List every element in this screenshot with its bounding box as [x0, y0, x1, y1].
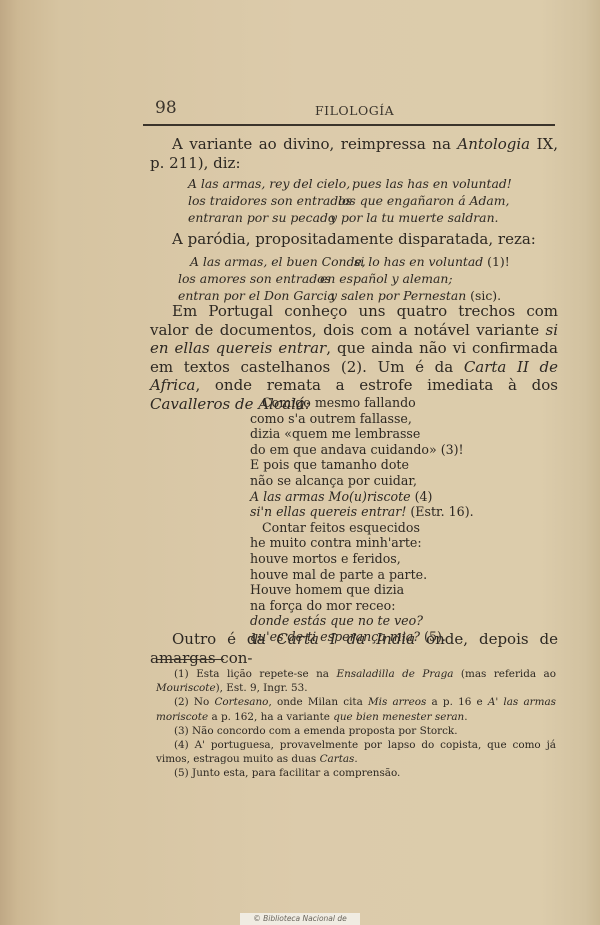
text: A las armas, el buen Conde, — [190, 254, 366, 269]
footnote-ref: (1)! — [483, 254, 509, 269]
text: Outro é da — [172, 630, 276, 648]
verse-line: A las armas, el buen Conde, — [190, 254, 366, 270]
verse-line: los que engañaron á Adam, — [338, 193, 510, 209]
text: ), Est. 9, Ingr. 53. — [216, 682, 308, 694]
text: . — [464, 711, 467, 723]
text: Mouriscote — [156, 682, 216, 694]
footnote-number: (1) — [174, 668, 196, 680]
reference: (4) — [411, 489, 433, 504]
verse-line: en español y aleman; — [320, 271, 453, 287]
poem-line: dizia «quem me lembrasse — [250, 426, 474, 442]
text: , onde remata a estrofe imediata à dos — [195, 376, 558, 394]
poem-line: A las armas Mo(u)riscote (4) — [250, 489, 474, 505]
footnote-rule — [156, 659, 224, 660]
text: Comigo mesmo fallando — [250, 395, 416, 410]
poem-line: como s'a outrem fallasse, — [250, 411, 474, 427]
text: como s'a outrem fallasse, — [250, 411, 412, 426]
text: que bien menester seran — [333, 711, 464, 723]
text: Esta lição repete-se na — [196, 668, 336, 680]
text: não se alcança por cuidar, — [250, 473, 417, 488]
text: E pois que tamanho dote — [250, 457, 409, 472]
text: entran por el Don Garcia — [178, 288, 335, 303]
paragraph-variante: A variante ao divino, reimpressa na Anto… — [150, 135, 558, 172]
text: No — [194, 696, 215, 708]
sic-note: (sic). — [466, 288, 501, 303]
text: Contar feitos esquecidos — [250, 520, 420, 535]
text: a p. 16 e — [426, 696, 488, 708]
paragraph-parodia: A paródia, propositadamente disparatada,… — [150, 230, 558, 249]
text: houve mal de parte a parte. — [250, 567, 427, 582]
running-title: FILOLOGÍA — [315, 103, 394, 118]
page-header: 98 FILOLOGÍA — [155, 98, 555, 124]
poem-line: Contar feitos esquecidos — [250, 520, 474, 536]
footnotes: (1) Esta lição repete-se na Ensaladilla … — [156, 667, 556, 781]
poem-line: houve mortos e feridos, — [250, 551, 474, 567]
text: . — [354, 753, 357, 765]
text: donde estás que no te veo? — [250, 613, 423, 628]
header-rule — [143, 124, 555, 126]
library-credit: © Biblioteca Nacional de España — [240, 913, 360, 925]
poem-line: do em que andava cuidando» (3)! — [250, 442, 474, 458]
footnote-number: (5) — [174, 767, 192, 779]
verse-line: entraran por su pecado — [188, 210, 335, 226]
verse-line: si lo has en voluntad (1)! — [354, 254, 510, 270]
text-italic: Antologia — [457, 135, 530, 153]
text: y salen por Pernestan — [330, 288, 466, 303]
poem-line: Houve homem que dizia — [250, 582, 474, 598]
poem-line: donde estás que no te veo? — [250, 613, 474, 629]
text: Junto esta, para facilitar a comprensão. — [192, 767, 400, 779]
text: Ensaladilla de Praga — [337, 668, 454, 680]
reference: (Estr. 16). — [406, 504, 473, 519]
text: si'n ellas quereis entrar! — [250, 504, 406, 519]
poem-line: não se alcança por cuidar, — [250, 473, 474, 489]
text: A variante ao divino, reimpressa na — [172, 135, 457, 153]
verse-line: A las armas, rey del cielo, — [188, 176, 350, 192]
footnote: (2) No Cortesano, onde Milan cita Mis ar… — [156, 695, 556, 723]
verse-line: los traidores son entrados — [188, 193, 352, 209]
paragraph-outro: Outro é da Carta I da India onde, depois… — [150, 630, 558, 667]
footnote-number: (3) — [174, 725, 192, 737]
poem-carta-ii-africa: Comigo mesmo fallandocomo s'a outrem fal… — [250, 395, 474, 645]
text: si lo has en voluntad — [354, 254, 483, 269]
poem-line: si'n ellas quereis entrar! (Estr. 16). — [250, 504, 474, 520]
poem-line: E pois que tamanho dote — [250, 457, 474, 473]
text: houve mortos e feridos, — [250, 551, 401, 566]
text-italic: Carta I da India — [276, 630, 415, 648]
verse-line: pues las has en voluntad! — [352, 176, 512, 192]
text: A las armas Mo(u)riscote — [250, 489, 411, 504]
text: na força do mor receo: — [250, 598, 395, 613]
scanned-page: 98 FILOLOGÍA A variante ao divino, reimp… — [0, 0, 600, 925]
text: do em que andava cuidando» (3)! — [250, 442, 464, 457]
text: he muito contra minh'arte: — [250, 535, 422, 550]
footnote-number: (2) — [174, 696, 194, 708]
text: Em Portugal conheço uns quatro trechos c… — [150, 302, 558, 339]
text: Não concordo com a emenda proposta por S… — [192, 725, 457, 737]
poem-line: na força do mor receo: — [250, 598, 474, 614]
text: (mas referida ao — [453, 668, 556, 680]
verse-line: los amores son entrados — [178, 271, 331, 287]
text: dizia «quem me lembrasse — [250, 426, 420, 441]
footnote: (5) Junto esta, para facilitar a compren… — [156, 766, 556, 780]
poem-line: he muito contra minh'arte: — [250, 535, 474, 551]
text: Cartas — [320, 753, 355, 765]
text: Cortesano — [214, 696, 268, 708]
page-number: 98 — [155, 98, 177, 118]
verse-line: y por la tu muerte saldran. — [330, 210, 498, 226]
footnote-number: (4) — [174, 739, 195, 751]
poem-line: houve mal de parte a parte. — [250, 567, 474, 583]
text: a p. 162, ha a variante — [208, 711, 333, 723]
text: , onde Milan cita — [268, 696, 368, 708]
poem-line: Comigo mesmo fallando — [250, 395, 474, 411]
text: Houve homem que dizia — [250, 582, 404, 597]
footnote: (3) Não concordo com a emenda proposta p… — [156, 724, 556, 738]
footnote: (4) A' portuguesa, provavelmente por lap… — [156, 738, 556, 766]
footnote: (1) Esta lição repete-se na Ensaladilla … — [156, 667, 556, 695]
text: Mis arreos — [368, 696, 426, 708]
